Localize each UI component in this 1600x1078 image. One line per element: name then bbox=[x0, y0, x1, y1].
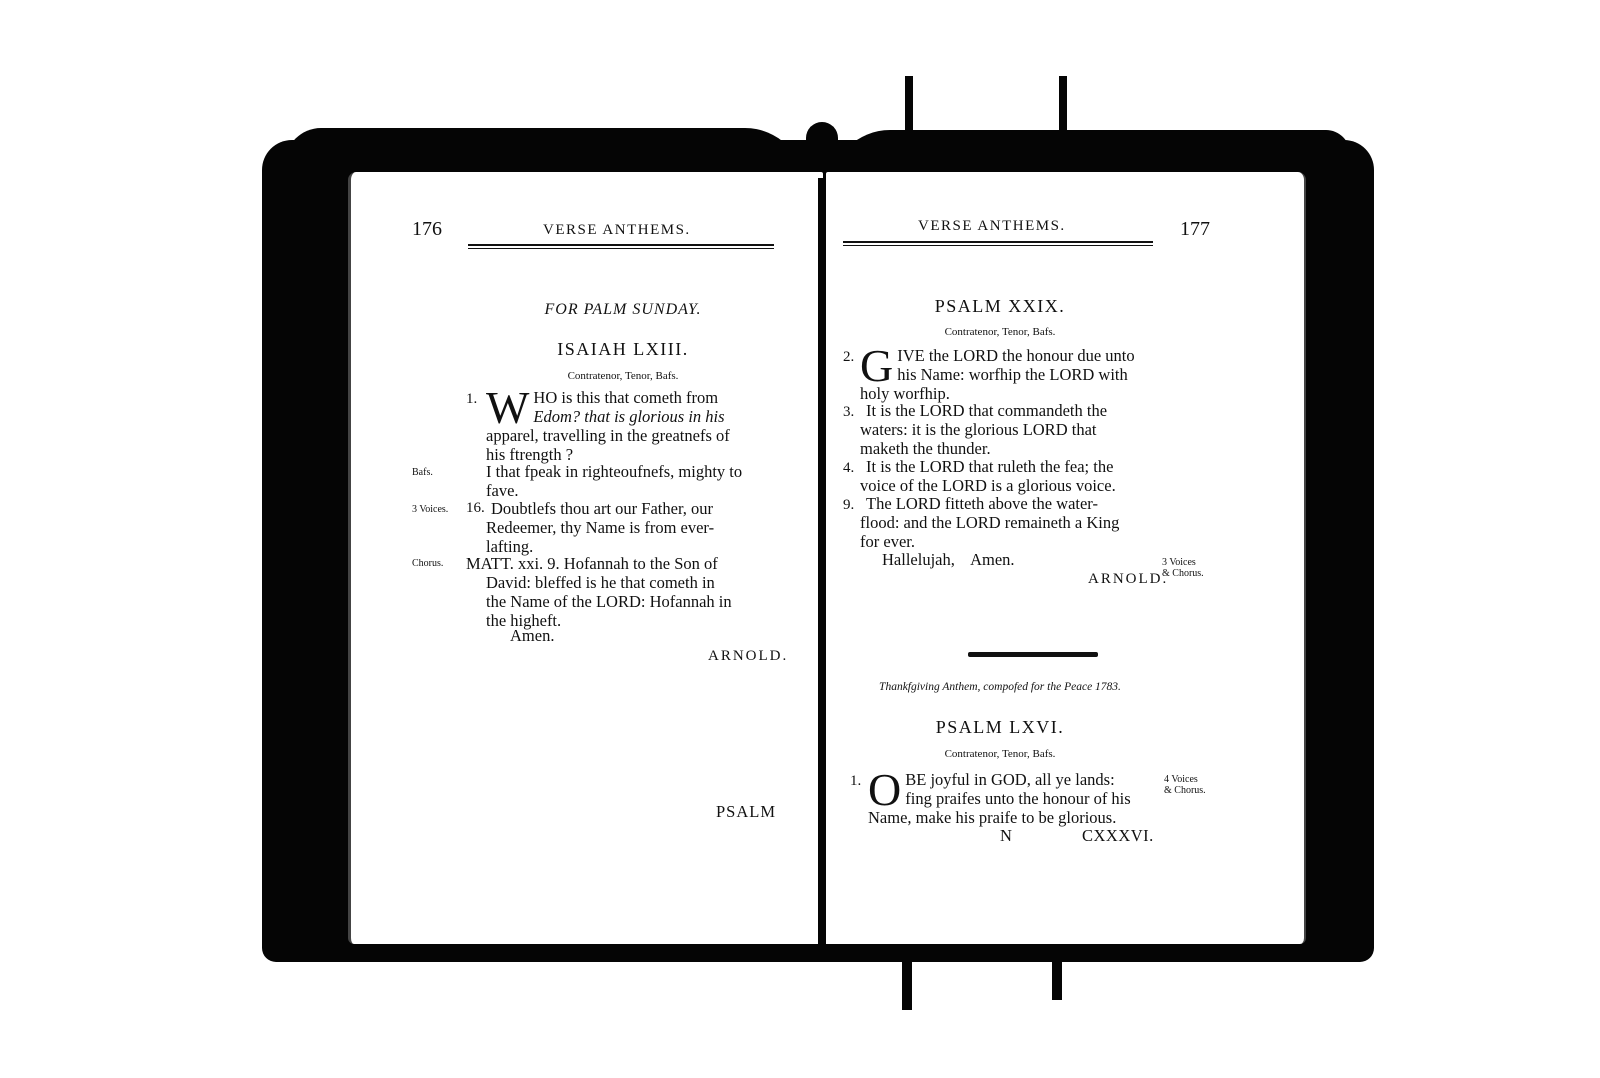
section-title: PSALM XXIX. bbox=[843, 296, 1157, 317]
verse-number: 1. bbox=[466, 391, 477, 408]
verse-line: HO is this that cometh from bbox=[533, 388, 774, 407]
drop-cap: G bbox=[860, 348, 893, 384]
verse-line: Edom? that is glorious in his bbox=[533, 407, 774, 426]
verse-line: The LORD fitteth above the water- bbox=[860, 494, 1156, 513]
margin-note-line: 4 Voices bbox=[1164, 774, 1206, 785]
closing-line: Hallelujah, Amen. bbox=[882, 550, 1015, 569]
verse-text: W HO is this that cometh from Edom? that… bbox=[486, 388, 774, 464]
verse-text: It is the LORD that ruleth the fea; the … bbox=[860, 457, 1156, 495]
verse-line: fave. bbox=[486, 481, 774, 500]
verse-text: The LORD fitteth above the water- flood:… bbox=[860, 494, 1156, 551]
left-page-number: 176 bbox=[412, 218, 442, 241]
margin-note-line: 3 Voices bbox=[1162, 557, 1204, 568]
verse-line: for ever. bbox=[860, 532, 1156, 551]
bookmark-ribbon-top-1 bbox=[905, 76, 913, 146]
verse-line: MATT. xxi. 9. Hofannah to the Son of bbox=[466, 554, 774, 573]
composer-name: ARNOLD. bbox=[1088, 571, 1168, 588]
bookmark-ribbon-top-2 bbox=[1059, 76, 1067, 146]
right-running-head: VERSE ANTHEMS. bbox=[918, 218, 1066, 235]
signature-mark: N bbox=[1000, 826, 1012, 845]
book-gutter bbox=[818, 178, 823, 946]
verse-number: 16. bbox=[466, 500, 485, 517]
bookmark-ribbon-bottom-1 bbox=[902, 940, 912, 1010]
verse-number: 3. bbox=[843, 404, 854, 421]
verse-line: voice of the LORD is a glorious voice. bbox=[860, 476, 1156, 495]
right-page-number: 177 bbox=[1180, 218, 1210, 241]
verse-line: Name, make his praife to be glorious. bbox=[868, 808, 1160, 827]
verse-line: fing praifes unto the honour of his bbox=[905, 789, 1160, 808]
verse-line: It is the LORD that commandeth the bbox=[860, 401, 1156, 420]
verse-line: apparel, travelling in the greatnefs of bbox=[486, 426, 774, 445]
verse-number: 4. bbox=[843, 460, 854, 477]
margin-note-line: & Chorus. bbox=[1164, 785, 1206, 796]
right-header-rule bbox=[843, 241, 1153, 246]
catchword: PSALM bbox=[716, 802, 776, 821]
voices-label: Contratenor, Tenor, Bafs. bbox=[468, 370, 778, 382]
verse-line: BE joyful in GOD, all ye lands: bbox=[905, 770, 1160, 789]
verse-line: maketh the thunder. bbox=[860, 439, 1156, 458]
voices-label: Contratenor, Tenor, Bafs. bbox=[843, 326, 1157, 338]
verse-text: I that fpeak in righteoufnefs, mighty to… bbox=[486, 462, 774, 500]
verse-line: I that fpeak in righteoufnefs, mighty to bbox=[486, 462, 774, 481]
left-header-rule bbox=[468, 244, 774, 249]
section-title: PSALM LXVI. bbox=[843, 717, 1157, 738]
margin-note-line: & Chorus. bbox=[1162, 568, 1204, 579]
verse-text: It is the LORD that commandeth the water… bbox=[860, 401, 1156, 458]
section-title: ISAIAH LXIII. bbox=[468, 339, 778, 360]
margin-note-voices: 3 Voices & Chorus. bbox=[1162, 557, 1204, 579]
amen: Amen. bbox=[510, 626, 554, 645]
verse-line: Redeemer, thy Name is from ever- bbox=[486, 518, 774, 537]
verse-line: Doubtlefs thou art our Father, our bbox=[486, 499, 774, 518]
verse-text: Doubtlefs thou art our Father, our Redee… bbox=[486, 499, 774, 556]
margin-note-3-voices: 3 Voices. bbox=[412, 504, 448, 515]
margin-note-voices: 4 Voices & Chorus. bbox=[1164, 774, 1206, 796]
occasion-heading: Thankfgiving Anthem, compofed for the Pe… bbox=[843, 681, 1157, 693]
verse-number: 1. bbox=[850, 773, 861, 790]
margin-note-chorus: Chorus. bbox=[412, 558, 443, 569]
verse-line: It is the LORD that ruleth the fea; the bbox=[860, 457, 1156, 476]
voices-label: Contratenor, Tenor, Bafs. bbox=[843, 748, 1157, 760]
composer-name: ARNOLD. bbox=[708, 648, 788, 665]
occasion-heading: FOR PALM SUNDAY. bbox=[468, 301, 778, 319]
section-divider bbox=[968, 652, 1098, 657]
drop-cap: O bbox=[868, 772, 901, 808]
bookmark-ribbon-bottom-2 bbox=[1052, 940, 1062, 1000]
verse-line: waters: it is the glorious LORD that bbox=[860, 420, 1156, 439]
verse-line: the Name of the LORD: Hofannah in bbox=[466, 592, 774, 611]
verse-text: O BE joyful in GOD, all ye lands: fing p… bbox=[868, 770, 1160, 827]
verse-number: 9. bbox=[843, 497, 854, 514]
verse-line: David: bleffed is he that cometh in bbox=[466, 573, 774, 592]
catchword: CXXXVI. bbox=[1082, 826, 1154, 845]
margin-note-bass: Bafs. bbox=[412, 467, 433, 478]
verse-text: MATT. xxi. 9. Hofannah to the Son of Dav… bbox=[466, 554, 774, 630]
verse-line: flood: and the LORD remaineth a King bbox=[860, 513, 1156, 532]
drop-cap: W bbox=[486, 390, 529, 426]
verse-line: IVE the LORD the honour due unto bbox=[897, 346, 1156, 365]
verse-line: his Name: worfhip the LORD with bbox=[897, 365, 1156, 384]
verse-number: 2. bbox=[843, 349, 854, 366]
verse-text: G IVE the LORD the honour due unto his N… bbox=[860, 346, 1156, 403]
left-running-head: VERSE ANTHEMS. bbox=[543, 222, 691, 239]
